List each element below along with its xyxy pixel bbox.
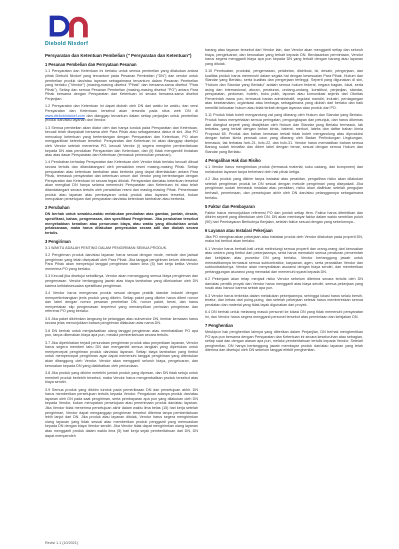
paragraph-3-3: 3.3 Kecuali jika disetujui sebaliknya, V… <box>45 274 198 288</box>
paragraph-3-2: 3.2 Pengiriman produk dan/atau layanan h… <box>45 253 198 271</box>
revision-footer: Revisi 1.1 (10/2021) <box>45 541 78 545</box>
paragraph-3-4: 3.4 Vendor harus mengemas produk sesuai … <box>45 291 198 314</box>
paragraph-3-10: 3.10 Pembuatan, produksi, pengemasan, pe… <box>205 69 363 110</box>
paragraph-3-5: 3.5 Jika paket dikirimkan langsung ke pe… <box>45 317 198 326</box>
paragraph-4-1: 4.1 Vendor harus mengirimkan produk (ter… <box>205 165 363 174</box>
paragraph-1-4: 1.4 Perubahan terhadap Persyaratan dan K… <box>45 160 198 201</box>
section-heading-4: 4 Pengalihan Hak dan Risiko <box>205 158 363 163</box>
paragraph-6-intro: Jika PO mengharuskan pekerjaan atau inst… <box>205 235 363 244</box>
right-column: barang atau layanan tersebut dari Vendor… <box>205 48 363 549</box>
paragraph-6-3: 6.3 Vendor harus terkelola dalam melakuk… <box>205 294 363 308</box>
paragraph-1-3: 1.3 Semua pembelian akan diatur oleh dan… <box>45 126 198 158</box>
diebold-nixdorf-logo: Diebold Nixdorf <box>45 13 198 47</box>
dn-monogram-icon <box>45 13 91 40</box>
paragraph-6-2: 6.2 Pekerjaan akan tetap menjadi risiko … <box>205 277 363 291</box>
logo-wordmark: Diebold Nixdorf <box>45 41 198 47</box>
paragraph-5: Faktur harus menunjukkan referensi PO da… <box>205 211 363 225</box>
paragraph-3-8: 3.8 Jika produk yang dikirim melebihi ju… <box>45 371 198 385</box>
paragraph-3-11: 3.11 Produk tidak boleh mengandung zat y… <box>205 113 363 154</box>
paragraph-3-9: 3.9 Semua produk yang dikirim tunduk pad… <box>45 388 198 439</box>
document-page: Diebold Nixdorf Persyaratan dan Ketentua… <box>0 0 399 549</box>
paragraph-3-6: 3.6 DN berhak untuk menjadwalkan ulang t… <box>45 329 198 338</box>
paragraph-3-9-continued: barang atau layanan tersebut dari Vendor… <box>205 48 363 66</box>
document-title: Persyaratan dan Ketentuan Pembelian (" P… <box>45 53 198 58</box>
website-link[interactable]: www.dieboldnixdorf.com <box>45 114 85 118</box>
paragraph-6-4: 6.4 DN berhak untuk melarang masuk perso… <box>205 310 363 319</box>
section-heading-1: 1 Pesanan Pembelian dan Pernyataan Pesan… <box>45 62 198 67</box>
paragraph-1-1: 1.1 Persyaratan dan Ketentuan ini berlak… <box>45 69 198 101</box>
paragraph-3-1: 3.1 WAKTU ADALAH PENTING DALAM PENGIRIMA… <box>45 246 198 251</box>
section-heading-6: 6 Layanan atau Instalasi Pekerjaan <box>205 228 363 233</box>
paragraph-2: DN berhak untuk sewaktu-waktu melakukan … <box>45 212 198 235</box>
paragraph-6-1: 6.1 Vendor harus berhati-hati untuk meli… <box>205 247 363 275</box>
paragraph-1-2: 1.2 Persyaratan dan Ketentuan ini dapat … <box>45 104 198 122</box>
section-heading-7: 7 Penghentian <box>205 323 363 328</box>
left-column: Diebold Nixdorf Persyaratan dan Ketentua… <box>45 13 198 536</box>
paragraph-4-2: 4.2 Jika produk yang dikirim tanpa insta… <box>205 177 363 200</box>
section-heading-3: 3 Pengiriman <box>45 239 198 244</box>
paragraph-3-7: 3.7 Jika diperkirakan terjadi penundaan … <box>45 341 198 369</box>
section-heading-5: 5 Faktur dan Pembayaran <box>205 204 363 209</box>
section-heading-2: 2 Perubahan <box>45 205 198 210</box>
paragraph-7: Meskipun hak penghentian lainnya yang di… <box>205 330 363 353</box>
paragraph-1-2-pre: 1.2 Persyaratan dan Ketentuan ini dapat … <box>45 104 198 113</box>
